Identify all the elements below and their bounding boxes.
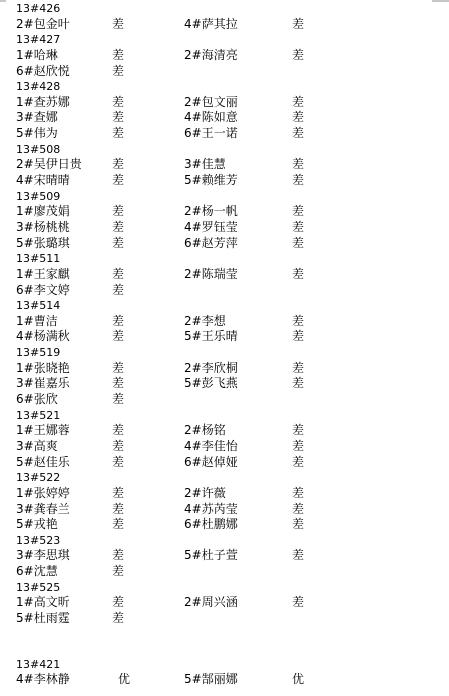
grade: 差 — [292, 376, 304, 392]
student-name: 6#沈慧 — [16, 564, 58, 580]
grade: 差 — [112, 517, 124, 533]
grade: 差 — [112, 157, 124, 173]
student-name: 2#李欣桐 — [184, 361, 238, 377]
room-header: 13#525 — [16, 580, 436, 596]
table-row: 1#哈琳 差 2#海清亮 差 — [16, 48, 436, 64]
student-name: 1#哈琳 — [16, 48, 58, 64]
table-row: 1#廖茂娟 差 2#杨一帆 差 — [16, 204, 436, 220]
table-row: 3#查娜 差 4#陈如意 差 — [16, 110, 436, 126]
student-name: 1#曹洁 — [16, 314, 58, 330]
student-name: 3#查娜 — [16, 110, 58, 126]
student-name: 4#罗钰莹 — [184, 220, 238, 236]
room-header: 13#427 — [16, 32, 436, 48]
student-name: 4#宋晴晴 — [16, 173, 70, 189]
grade: 差 — [112, 126, 124, 142]
grade: 差 — [112, 486, 124, 502]
grade: 差 — [292, 329, 304, 345]
student-name: 3#崔嘉乐 — [16, 376, 70, 392]
room-number: 13#522 — [16, 470, 60, 486]
grade: 差 — [292, 455, 304, 471]
table-row: 6#沈慧 差 — [16, 564, 436, 580]
student-name: 1#查苏娜 — [16, 95, 70, 111]
student-name: 2#包金叶 — [16, 17, 70, 33]
grade: 差 — [292, 486, 304, 502]
student-name: 5#杜子萱 — [184, 548, 238, 564]
grade: 差 — [292, 157, 304, 173]
blank-spacer — [16, 627, 436, 657]
table-row: 6#李文婷 差 — [16, 283, 436, 299]
student-name: 4#苏芮莹 — [184, 502, 238, 518]
grade: 差 — [292, 204, 304, 220]
room-header: 13#519 — [16, 345, 436, 361]
table-row: 5#戎艳 差 6#杜鹏娜 差 — [16, 517, 436, 533]
grade: 差 — [292, 173, 304, 189]
table-row: 1#王娜蓉 差 2#杨铭 差 — [16, 423, 436, 439]
table-row: 1#查苏娜 差 2#包文丽 差 — [16, 95, 436, 111]
student-name: 6#王一诺 — [184, 126, 238, 142]
student-name: 1#张婷婷 — [16, 486, 70, 502]
student-name: 1#廖茂娟 — [16, 204, 70, 220]
room-header: 13#514 — [16, 298, 436, 314]
grade: 优 — [292, 672, 304, 688]
grade: 差 — [112, 455, 124, 471]
grade: 差 — [292, 314, 304, 330]
grade: 差 — [112, 502, 124, 518]
student-name: 3#杨桃桃 — [16, 220, 70, 236]
grade: 差 — [292, 126, 304, 142]
student-name: 5#郜丽娜 — [184, 672, 238, 688]
room-number: 13#514 — [16, 298, 60, 314]
grade: 差 — [112, 204, 124, 220]
student-name: 3#李思琪 — [16, 548, 70, 564]
student-name: 3#龚春兰 — [16, 502, 70, 518]
student-name: 4#萨其拉 — [184, 17, 238, 33]
room-number: 13#509 — [16, 189, 60, 205]
student-name: 1#王娜蓉 — [16, 423, 70, 439]
room-header: 13#521 — [16, 408, 436, 424]
grade: 差 — [292, 423, 304, 439]
student-name: 4#李林静 — [16, 672, 70, 688]
room-number: 13#525 — [16, 580, 60, 596]
student-name: 2#周兴涵 — [184, 595, 238, 611]
table-row: 3#高爽 差 4#李佳怡 差 — [16, 439, 436, 455]
table-row: 3#崔嘉乐 差 5#彭飞燕 差 — [16, 376, 436, 392]
room-header: 13#421 — [16, 657, 436, 673]
grade: 差 — [112, 17, 124, 33]
grade: 差 — [292, 502, 304, 518]
student-name: 1#王家麒 — [16, 267, 70, 283]
table-row: 6#张欣 差 — [16, 392, 436, 408]
grade: 差 — [112, 392, 124, 408]
grade: 差 — [292, 439, 304, 455]
grade: 差 — [292, 48, 304, 64]
room-number: 13#428 — [16, 79, 60, 95]
grade: 差 — [112, 361, 124, 377]
student-name: 4#杨满秋 — [16, 329, 70, 345]
student-name: 1#张晓艳 — [16, 361, 70, 377]
grade: 差 — [292, 236, 304, 252]
grade: 差 — [292, 220, 304, 236]
student-name: 5#戎艳 — [16, 517, 58, 533]
room-number: 13#427 — [16, 32, 60, 48]
room-number: 13#508 — [16, 142, 60, 158]
grade: 差 — [112, 423, 124, 439]
room-number: 13#523 — [16, 533, 60, 549]
student-name: 5#杜雨霆 — [16, 611, 70, 627]
room-number: 13#521 — [16, 408, 60, 424]
table-row: 3#杨桃桃 差 4#罗钰莹 差 — [16, 220, 436, 236]
student-name: 2#陈瑞莹 — [184, 267, 238, 283]
student-name: 2#吴伊日贵 — [16, 157, 82, 173]
room-header: 13#509 — [16, 189, 436, 205]
student-name: 6#张欣 — [16, 392, 58, 408]
table-row: 4#宋晴晴 差 5#赖维芳 差 — [16, 173, 436, 189]
student-name: 3#佳慧 — [184, 157, 226, 173]
table-row: 5#伟为 差 6#王一诺 差 — [16, 126, 436, 142]
room-number: 13#426 — [16, 1, 60, 17]
table-row: 1#张婷婷 差 2#许薇 差 — [16, 486, 436, 502]
student-name: 2#包文丽 — [184, 95, 238, 111]
student-name: 5#伟为 — [16, 126, 58, 142]
table-row: 1#张晓艳 差 2#李欣桐 差 — [16, 361, 436, 377]
room-number: 13#421 — [16, 657, 60, 673]
student-name: 2#李想 — [184, 314, 226, 330]
student-name: 5#赖维芳 — [184, 173, 238, 189]
student-name: 5#赵佳乐 — [16, 455, 70, 471]
grade: 差 — [292, 548, 304, 564]
grade: 差 — [112, 95, 124, 111]
table-row: 2#包金叶 差 4#萨其拉 差 — [16, 17, 436, 33]
room-header: 13#511 — [16, 251, 436, 267]
room-header: 13#428 — [16, 79, 436, 95]
grade: 差 — [112, 439, 124, 455]
grade: 差 — [292, 95, 304, 111]
table-row: 5#张璐琪 差 6#赵芳萍 差 — [16, 236, 436, 252]
student-name: 4#李佳怡 — [184, 439, 238, 455]
table-row: 4#杨满秋 差 5#王乐晴 差 — [16, 329, 436, 345]
table-row: 3#龚春兰 差 4#苏芮莹 差 — [16, 502, 436, 518]
table-row: 4#李林静 优 5#郜丽娜 优 — [16, 672, 436, 688]
page-corner-mark-left — [0, 0, 6, 2]
room-header: 13#426 — [16, 1, 436, 17]
student-name: 4#陈如意 — [184, 110, 238, 126]
grade: 差 — [112, 267, 124, 283]
grade: 差 — [112, 376, 124, 392]
student-name: 6#赵倬娅 — [184, 455, 238, 471]
room-header: 13#522 — [16, 470, 436, 486]
student-name: 6#杜鹏娜 — [184, 517, 238, 533]
student-name: 5#王乐晴 — [184, 329, 238, 345]
grade: 差 — [112, 548, 124, 564]
room-number: 13#511 — [16, 251, 60, 267]
student-name: 3#高爽 — [16, 439, 58, 455]
student-name: 2#杨一帆 — [184, 204, 238, 220]
student-name: 6#赵芳萍 — [184, 236, 238, 252]
grade: 差 — [292, 110, 304, 126]
table-row: 1#王家麒 差 2#陈瑞莹 差 — [16, 267, 436, 283]
table-row: 5#赵佳乐 差 6#赵倬娅 差 — [16, 455, 436, 471]
grade: 差 — [112, 314, 124, 330]
table-row: 3#李思琪 差 5#杜子萱 差 — [16, 548, 436, 564]
grade: 差 — [112, 236, 124, 252]
grade: 差 — [112, 64, 124, 80]
grade: 差 — [112, 220, 124, 236]
grade: 差 — [292, 267, 304, 283]
room-number: 13#519 — [16, 345, 60, 361]
student-name: 2#杨铭 — [184, 423, 226, 439]
table-row: 1#高文昕 差 2#周兴涵 差 — [16, 595, 436, 611]
grade: 差 — [112, 564, 124, 580]
grade: 差 — [112, 329, 124, 345]
grade: 差 — [292, 17, 304, 33]
grade: 差 — [112, 595, 124, 611]
student-name: 5#彭飞燕 — [184, 376, 238, 392]
student-name: 2#许薇 — [184, 486, 226, 502]
grade: 差 — [112, 110, 124, 126]
grade: 差 — [112, 283, 124, 299]
room-header: 13#508 — [16, 142, 436, 158]
student-name: 6#李文婷 — [16, 283, 70, 299]
table-row: 1#曹洁 差 2#李想 差 — [16, 314, 436, 330]
grade: 差 — [292, 361, 304, 377]
table-row: 5#杜雨霆 差 — [16, 611, 436, 627]
grade: 差 — [292, 517, 304, 533]
table-row: 2#吴伊日贵 差 3#佳慧 差 — [16, 157, 436, 173]
grade: 差 — [292, 595, 304, 611]
student-name: 5#张璐琪 — [16, 236, 70, 252]
table-row: 6#赵欣悦 差 — [16, 64, 436, 80]
grade: 差 — [112, 611, 124, 627]
student-name: 1#高文昕 — [16, 595, 70, 611]
student-name: 2#海清亮 — [184, 48, 238, 64]
student-name: 6#赵欣悦 — [16, 64, 70, 80]
grade: 差 — [112, 173, 124, 189]
room-header: 13#523 — [16, 533, 436, 549]
grade: 优 — [118, 672, 130, 688]
grade: 差 — [112, 48, 124, 64]
dorm-inspection-document: 13#426 2#包金叶 差 4#萨其拉 差 13#427 1#哈琳 差 2#海… — [16, 1, 436, 688]
